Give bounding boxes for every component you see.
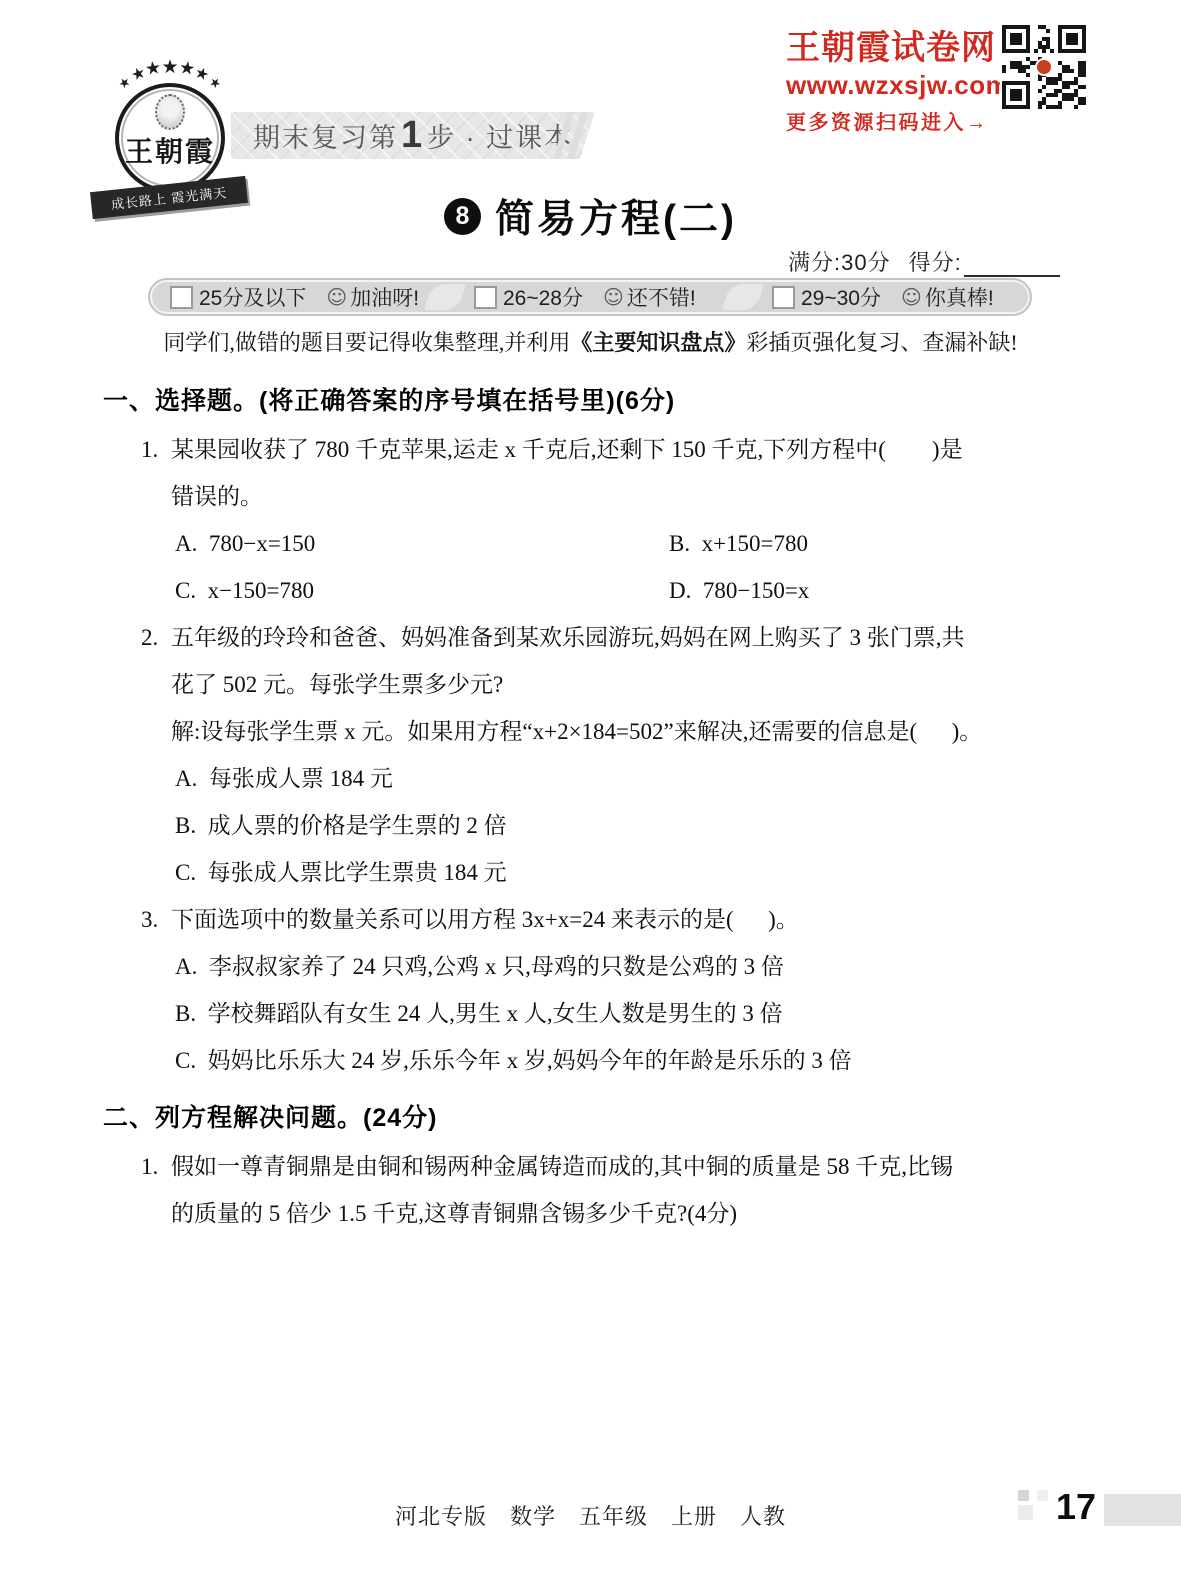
portrait-icon bbox=[155, 94, 185, 130]
question-2-options: A. 每张成人票 184 元 B. 成人票的价格是学生票的 2 倍 C. 每张成… bbox=[171, 755, 1098, 896]
question-number: 2. bbox=[141, 614, 158, 661]
score-range-segment: 25分及以下 ☺ 加油呀! bbox=[150, 282, 468, 312]
page-number: 17 bbox=[1056, 1486, 1096, 1528]
score-range-label: 25分及以下 bbox=[199, 282, 306, 312]
score-range-segment: 29~30分 ☺ 你真棒! bbox=[766, 282, 1030, 312]
banner-suffix: 步 · 过课本 bbox=[427, 116, 573, 155]
question-text-line: 假如一尊青铜鼎是由铜和锡两种金属铸造而成的,其中铜的质量是 58 千克,比锡 bbox=[171, 1143, 1098, 1190]
question-text-line: 某果园收获了 780 千克苹果,运走 x 千克后,还剩下 150 千克,下列方程… bbox=[171, 426, 1098, 473]
qr-code bbox=[1000, 23, 1088, 111]
brand-site-url: www.wzxsjw.com bbox=[786, 70, 1001, 101]
publisher-logo: ★★★★★★★ 王朝霞 成长路上 霞光满天 bbox=[100, 56, 240, 208]
question-text-line: 的质量的 5 倍少 1.5 千克,这尊青铜鼎含锡多少千克?(4分) bbox=[171, 1190, 1098, 1237]
review-step-banner: 期末复习第 1 步 · 过课本 bbox=[231, 112, 595, 159]
page-title: 简易方程(二) bbox=[495, 188, 737, 244]
logo-circle: 王朝霞 bbox=[115, 83, 225, 193]
decor-square bbox=[1018, 1505, 1033, 1520]
question-text-line: 解:设每张学生票 x 元。如果用方程“x+2×184=502”来解决,还需要的信… bbox=[171, 708, 1098, 755]
question-text-line: 花了 502 元。每张学生票多少元? bbox=[171, 661, 1098, 708]
score-range-comment: 还不错! bbox=[627, 282, 696, 312]
option-a: A. 李叔叔家养了 24 只鸡,公鸡 x 只,母鸡的只数是公鸡的 3 倍 bbox=[175, 943, 1098, 990]
decor-square bbox=[1037, 1490, 1048, 1501]
score-label: 得分: bbox=[909, 246, 962, 277]
brand-block: 王朝霞试卷网 www.wzxsjw.com 更多资源扫码进入→ bbox=[786, 20, 1001, 135]
score-range-label: 26~28分 bbox=[503, 282, 583, 312]
paper-title-row: 8 简易方程(二) bbox=[0, 188, 1181, 244]
score-range-segment: 26~28分 ☺ 还不错! bbox=[468, 282, 766, 312]
smiley-icon: ☺ bbox=[326, 285, 347, 309]
page-number-strip bbox=[1104, 1494, 1181, 1526]
option-b: B. 学校舞蹈队有女生 24 人,男生 x 人,女生人数是男生的 3 倍 bbox=[175, 990, 1098, 1037]
question-text-line: 下面选项中的数量关系可以用方程 3x+x=24 来表示的是( )。 bbox=[171, 896, 1098, 943]
option-c: C. x−150=780 bbox=[175, 567, 669, 614]
decor-square bbox=[1018, 1490, 1029, 1501]
lesson-number-badge: 8 bbox=[444, 198, 481, 235]
section1-heading: 一、选择题。(将正确答案的序号填在括号里)(6分) bbox=[103, 381, 1098, 421]
score-range-comment: 加油呀! bbox=[350, 282, 419, 312]
banner-step-number: 1 bbox=[401, 114, 424, 157]
score-range-comment: 你真棒! bbox=[925, 282, 994, 312]
note-post: 彩插页强化复习、查漏补缺! bbox=[746, 330, 1017, 355]
option-c: C. 每张成人票比学生票贵 184 元 bbox=[175, 849, 1098, 896]
option-c: C. 妈妈比乐乐大 24 岁,乐乐今年 x 岁,妈妈今年的年龄是乐乐的 3 倍 bbox=[175, 1037, 1098, 1084]
score-range-checkbox[interactable] bbox=[170, 286, 193, 309]
brand-scan-text: 更多资源扫码进入→ bbox=[786, 106, 1001, 135]
option-d: D. 780−150=x bbox=[669, 567, 1098, 614]
note-emphasis: 《主要知识盘点》 bbox=[570, 330, 746, 355]
option-a: A. 780−x=150 bbox=[175, 520, 669, 567]
footer-edition-info: 河北专版 数学 五年级 上册 人教 bbox=[0, 1500, 1181, 1531]
section2-question-1: 1. 假如一尊青铜鼎是由铜和锡两种金属铸造而成的,其中铜的质量是 58 千克,比… bbox=[103, 1143, 1098, 1237]
question-3: 3. 下面选项中的数量关系可以用方程 3x+x=24 来表示的是( )。 A. … bbox=[103, 896, 1098, 1084]
score-range-label: 29~30分 bbox=[801, 282, 881, 312]
score-range-checkbox[interactable] bbox=[474, 286, 497, 309]
question-number: 1. bbox=[141, 426, 158, 473]
logo-brand-name: 王朝霞 bbox=[119, 130, 221, 170]
smiley-icon: ☺ bbox=[603, 285, 624, 309]
score-line: 满分:30分 得分: bbox=[788, 246, 1060, 277]
star-icon: ★ bbox=[144, 57, 163, 80]
smiley-icon: ☺ bbox=[901, 285, 922, 309]
option-b: B. x+150=780 bbox=[669, 520, 1098, 567]
score-range-checkbox[interactable] bbox=[772, 286, 795, 309]
question-2: 2. 五年级的玲玲和爸爸、妈妈准备到某欢乐园游玩,妈妈在网上购买了 3 张门票,… bbox=[103, 614, 1098, 896]
question-3-options: A. 李叔叔家养了 24 只鸡,公鸡 x 只,母鸡的只数是公鸡的 3 倍 B. … bbox=[171, 943, 1098, 1084]
star-icon: ★ bbox=[161, 56, 178, 78]
question-number: 1. bbox=[141, 1143, 158, 1190]
question-number: 3. bbox=[141, 896, 158, 943]
score-blank-line bbox=[964, 253, 1060, 277]
option-b: B. 成人票的价格是学生票的 2 倍 bbox=[175, 802, 1098, 849]
question-text-line: 五年级的玲玲和爸爸、妈妈准备到某欢乐园游玩,妈妈在网上购买了 3 张门票,共 bbox=[171, 614, 1098, 661]
question-1: 1. 某果园收获了 780 千克苹果,运走 x 千克后,还剩下 150 千克,下… bbox=[103, 426, 1098, 614]
page-number-block: 17 bbox=[1018, 1486, 1118, 1532]
study-note: 同学们,做错的题目要记得收集整理,并利用《主要知识盘点》彩插页强化复习、查漏补缺… bbox=[0, 326, 1181, 357]
note-pre: 同学们,做错的题目要记得收集整理,并利用 bbox=[163, 330, 570, 355]
section2-heading: 二、列方程解决问题。(24分) bbox=[103, 1098, 1098, 1138]
banner-prefix: 期末复习第 bbox=[253, 116, 398, 155]
question-text-line: 错误的。 bbox=[171, 473, 1098, 520]
paper-body: 一、选择题。(将正确答案的序号填在括号里)(6分) 1. 某果园收获了 780 … bbox=[103, 381, 1098, 1237]
test-paper-page: ★★★★★★★ 王朝霞 成长路上 霞光满天 期末复习第 1 步 · 过课本 王朝… bbox=[0, 0, 1181, 1582]
full-score-label: 满分:30分 bbox=[788, 246, 891, 277]
logo-stars-icon: ★★★★★★★ bbox=[100, 56, 240, 78]
brand-site-name: 王朝霞试卷网 bbox=[786, 20, 1001, 69]
question-1-options: A. 780−x=150 B. x+150=780 C. x−150=780 D… bbox=[171, 520, 1098, 614]
score-range-band: 25分及以下 ☺ 加油呀! 26~28分 ☺ 还不错! 29~30分 ☺ 你真棒… bbox=[148, 278, 1032, 316]
option-a: A. 每张成人票 184 元 bbox=[175, 755, 1098, 802]
